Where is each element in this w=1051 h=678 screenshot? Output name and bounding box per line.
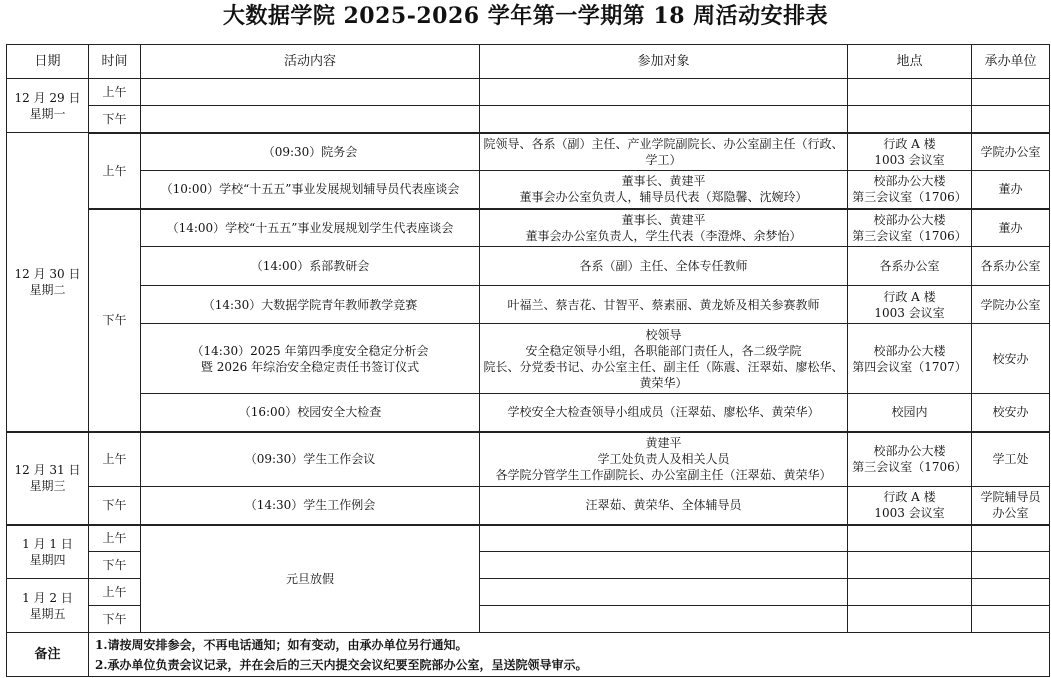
location-line: 校部办公大楼 [851,343,968,359]
content-cell [141,106,480,133]
content-line: （14:30）2025 年第四季度安全稳定分析会 [144,343,476,359]
content-cell: （10:00）学校“十五五”事业发展规划辅导员代表座谈会 [141,171,480,209]
date-cell: 12 月 30 日 星期二 [7,133,89,432]
location-line: 第四会议室（1707） [851,359,968,375]
organizer-cell [972,606,1050,633]
table-row: （14:30）大数据学院青年教师教学竞赛 叶福兰、蔡吉花、甘智平、蔡素丽、黄龙娇… [7,286,1050,324]
participants-cell [480,106,848,133]
table-row: （16:00）校园安全大检查 学校安全大检查领导小组成员（汪翠茹、廖松华、黄荣华… [7,394,1050,432]
date-cell: 12 月 29 日 星期一 [7,79,89,133]
date-text: 12 月 31 日 [10,462,85,478]
participants-cell [480,79,848,106]
organizer-cell [972,79,1050,106]
location-cell: 行政 A 楼 1003 会议室 [848,133,972,171]
weekday-text: 星期五 [10,606,85,622]
note-item: 1.请按周安排参会，不再电话通知；如有变动，由承办单位另行通知。 [95,635,1046,655]
header-row: 日期 时间 活动内容 参加对象 地点 承办单位 [7,45,1050,79]
participants-cell: 校领导 安全稳定领导小组，各职能部门责任人，各二级学院 院长、分党委书记、办公室… [480,324,848,394]
time-cell: 下午 [89,552,141,579]
location-cell: 校部办公大楼 第三会议室（1706） [848,432,972,487]
organizer-cell: 学院办公室 [972,133,1050,171]
organizer-cell: 学院辅导员办公室 [972,487,1050,525]
header-participants: 参加对象 [480,45,848,79]
location-cell [848,79,972,106]
content-cell [141,79,480,106]
location-cell: 校部办公大楼 第三会议室（1706） [848,209,972,247]
participants-line: 董事会办公室负责人，学生代表（李澄烨、余梦怡） [483,228,844,244]
content-cell: （09:30）学生工作会议 [141,432,480,487]
time-cell: 上午 [89,133,141,209]
location-line: 1003 会议室 [851,505,968,521]
organizer-cell [972,579,1050,606]
notes-label: 备注 [7,633,89,677]
date-cell: 12 月 31 日 星期三 [7,432,89,525]
date-text: 12 月 30 日 [10,266,85,282]
header-date: 日期 [7,45,89,79]
content-cell: （16:00）校园安全大检查 [141,394,480,432]
time-cell: 下午 [89,487,141,525]
participants-cell [480,552,848,579]
location-line: 校部办公大楼 [851,212,968,228]
participants-cell: 黄建平 学工处负责人及相关人员 各学院分管学生工作副院长、办公室副主任（汪翠茹、… [480,432,848,487]
table-row: 下午 （14:30）学生工作例会 汪翠茹、黄荣华、全体辅导员 行政 A 楼 10… [7,487,1050,525]
location-cell [848,606,972,633]
notes-row: 备注 1.请按周安排参会，不再电话通知；如有变动，由承办单位另行通知。 2.承办… [7,633,1050,677]
content-cell: （14:30）大数据学院青年教师教学竞赛 [141,286,480,324]
date-cell: 1 月 2 日 星期五 [7,579,89,633]
participants-line: 黄建平 [483,435,844,451]
content-cell: （14:30）2025 年第四季度安全稳定分析会 暨 2026 年综治安全稳定责… [141,324,480,394]
page-title: 大数据学院 2025-2026 学年第一学期第 18 周活动安排表 [0,0,1051,36]
time-cell: 上午 [89,579,141,606]
organizer-cell: 董办 [972,209,1050,247]
location-cell: 校部办公大楼 第四会议室（1707） [848,324,972,394]
content-cell: （14:00）学校“十五五”事业发展规划学生代表座谈会 [141,209,480,247]
time-cell: 上午 [89,432,141,487]
time-cell: 上午 [89,525,141,552]
participants-cell: 学校安全大检查领导小组成员（汪翠茹、廖松华、黄荣华） [480,394,848,432]
location-line: 校部办公大楼 [851,443,968,459]
organizer-cell [972,525,1050,552]
date-text: 12 月 29 日 [10,90,85,106]
date-text: 1 月 2 日 [10,590,85,606]
location-cell: 行政 A 楼 1003 会议室 [848,286,972,324]
table-row: 12 月 31 日 星期三 上午 （09:30）学生工作会议 黄建平 学工处负责… [7,432,1050,487]
participants-cell: 各系（副）主任、全体专任教师 [480,247,848,286]
table-row: （14:00）系部教研会 各系（副）主任、全体专任教师 各系办公室 各系办公室 [7,247,1050,286]
organizer-cell: 校安办 [972,394,1050,432]
organizer-cell: 校安办 [972,324,1050,394]
time-cell: 下午 [89,209,141,432]
organizer-cell: 学院办公室 [972,286,1050,324]
location-line: 第三会议室（1706） [851,189,968,205]
participants-cell [480,606,848,633]
weekday-text: 星期一 [10,106,85,122]
holiday-cell: 元旦放假 [141,525,480,633]
participants-line: 学工处负责人及相关人员 [483,451,844,467]
location-line: 行政 A 楼 [851,136,968,152]
content-cell: （14:30）学生工作例会 [141,487,480,525]
header-content: 活动内容 [141,45,480,79]
table-row: （14:30）2025 年第四季度安全稳定分析会 暨 2026 年综治安全稳定责… [7,324,1050,394]
participants-cell: 汪翠茹、黄荣华、全体辅导员 [480,487,848,525]
time-cell: 下午 [89,106,141,133]
content-cell: （09:30）院务会 [141,133,480,171]
header-organizer: 承办单位 [972,45,1050,79]
table-row: 12 月 29 日 星期一 上午 [7,79,1050,106]
location-line: 1003 会议室 [851,305,968,321]
location-cell: 校部办公大楼 第三会议室（1706） [848,171,972,209]
location-cell [848,579,972,606]
location-line: 1003 会议室 [851,152,968,168]
header-time: 时间 [89,45,141,79]
location-line: 行政 A 楼 [851,289,968,305]
note-item: 2.承办单位负责会议记录，并在会后的三天内提交会议纪要至院部办公室，呈送院领导审… [95,655,1046,675]
date-text: 1 月 1 日 [10,536,85,552]
participants-cell [480,525,848,552]
participants-cell: 董事长、黄建平 董事会办公室负责人，学生代表（李澄烨、余梦怡） [480,209,848,247]
organizer-cell: 董办 [972,171,1050,209]
location-cell: 行政 A 楼 1003 会议室 [848,487,972,525]
participants-line: 院长、分党委书记、办公室主任、副主任（陈震、汪翠茹、廖松华、黄荣华） [483,359,844,391]
content-cell: （14:00）系部教研会 [141,247,480,286]
table-row: 1 月 1 日 星期四 上午 元旦放假 [7,525,1050,552]
table-row: 下午 [7,106,1050,133]
location-cell [848,106,972,133]
location-line: 第三会议室（1706） [851,228,968,244]
organizer-cell [972,106,1050,133]
weekday-text: 星期二 [10,282,85,298]
participants-line: 安全稳定领导小组，各职能部门责任人，各二级学院 [483,343,844,359]
participants-line: 校领导 [483,327,844,343]
location-cell: 各系办公室 [848,247,972,286]
organizer-cell: 学工处 [972,432,1050,487]
notes-cell: 1.请按周安排参会，不再电话通知；如有变动，由承办单位另行通知。 2.承办单位负… [89,633,1050,677]
location-line: 校部办公大楼 [851,173,968,189]
weekday-text: 星期三 [10,478,85,494]
header-location: 地点 [848,45,972,79]
participants-cell: 董事长、黄建平 董事会办公室负责人，辅导员代表（郑隐馨、沈婉玲） [480,171,848,209]
table-row: 下午 （14:00）学校“十五五”事业发展规划学生代表座谈会 董事长、黄建平 董… [7,209,1050,247]
location-cell [848,552,972,579]
table-row: 12 月 30 日 星期二 上午 （09:30）院务会 院领导、各系（副）主任、… [7,133,1050,171]
time-cell: 下午 [89,606,141,633]
organizer-cell [972,552,1050,579]
organizer-cell: 各系办公室 [972,247,1050,286]
table-row: （10:00）学校“十五五”事业发展规划辅导员代表座谈会 董事长、黄建平 董事会… [7,171,1050,209]
schedule-table: 日期 时间 活动内容 参加对象 地点 承办单位 12 月 29 日 星期一 上午… [6,44,1050,677]
participants-line: 董事长、黄建平 [483,173,844,189]
location-line: 行政 A 楼 [851,489,968,505]
weekday-text: 星期四 [10,552,85,568]
content-line: 暨 2026 年综治安全稳定责任书签订仪式 [144,359,476,375]
participants-line: 董事会办公室负责人，辅导员代表（郑隐馨、沈婉玲） [483,189,844,205]
participants-line: 各学院分管学生工作副院长、办公室副主任（汪翠茹、黄荣华） [483,467,844,483]
participants-line: 董事长、黄建平 [483,212,844,228]
location-line: 第三会议室（1706） [851,459,968,475]
participants-cell: 院领导、各系（副）主任、产业学院副院长、办公室副主任（行政、学工） [480,133,848,171]
participants-cell: 叶福兰、蔡吉花、甘智平、蔡素丽、黄龙娇及相关参赛教师 [480,286,848,324]
location-cell [848,525,972,552]
time-cell: 上午 [89,79,141,106]
date-cell: 1 月 1 日 星期四 [7,525,89,579]
participants-cell [480,579,848,606]
location-cell: 校园内 [848,394,972,432]
